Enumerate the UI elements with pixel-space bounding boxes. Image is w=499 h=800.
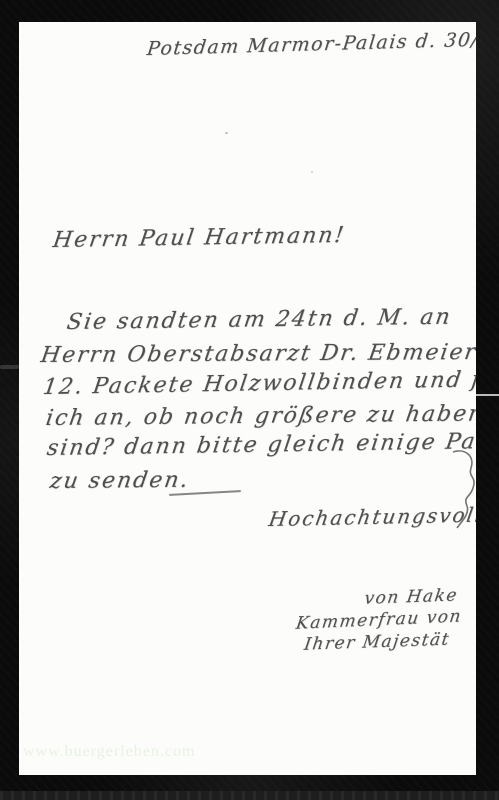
body-line: 12. Packete Holzwollbinden und frage bbox=[41, 366, 476, 400]
body-line: zu senden. bbox=[48, 468, 191, 494]
scan-scratch bbox=[0, 365, 19, 369]
body-line: Sie sandten am 24tn d. M. an bbox=[65, 305, 453, 335]
body-line: sind? dann bitte gleich einige Pack bbox=[45, 429, 476, 461]
body-line: ich an, ob noch größere zu haben bbox=[44, 401, 476, 431]
watermark-text: www.buergerleben.com bbox=[23, 743, 195, 761]
dateline-place: Potsdam Marmor-Palais d. 30/ bbox=[146, 29, 476, 60]
signature-block: von Hake Kammerfrau von Ihrer Majestät bbox=[254, 588, 464, 654]
letter-salutation: Herrn Paul Hartmann! bbox=[51, 223, 347, 253]
letter-closing: Hochachtungsvoll bbox=[267, 502, 476, 531]
paper-speck bbox=[311, 171, 313, 173]
body-line: Herrn Oberstabsarzt Dr. Ebmeier bbox=[39, 340, 476, 368]
scan-scratch bbox=[476, 394, 499, 396]
scan-edge-strip bbox=[0, 791, 499, 800]
letter-dateline: Potsdam Marmor-Palais d. 30/4. 88 bbox=[146, 27, 476, 60]
scanned-letter-image: Potsdam Marmor-Palais d. 30/4. 88 Herrn … bbox=[0, 0, 499, 800]
paper-speck bbox=[225, 132, 228, 134]
letter-paper: Potsdam Marmor-Palais d. 30/4. 88 Herrn … bbox=[19, 22, 476, 775]
